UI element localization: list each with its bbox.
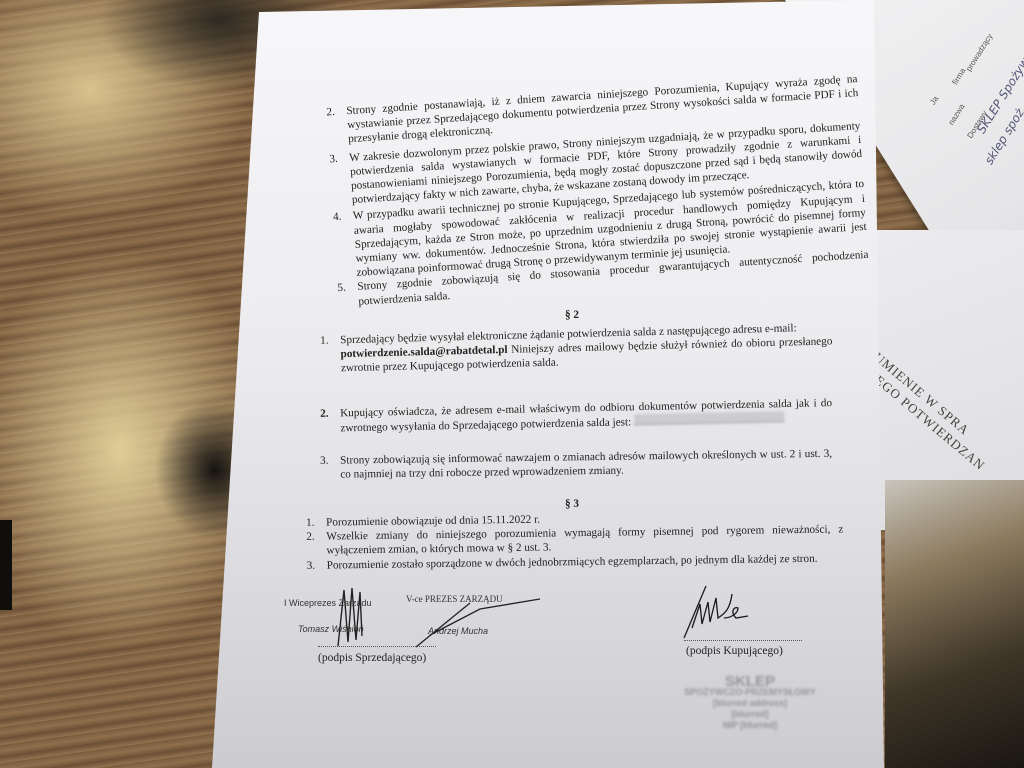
- item-number: 3.: [320, 454, 329, 468]
- item-number: 4.: [333, 210, 342, 225]
- stamp-line: SPOŻYWCZO-PRZEMYSŁOWY: [650, 687, 850, 698]
- item-number: 2.: [326, 105, 335, 120]
- seller-signature-1: [330, 582, 390, 652]
- item-number: 1.: [320, 334, 329, 348]
- item-text: Strony zobowiązują się informować nawzaj…: [340, 448, 832, 481]
- redacted-buyer-email: [634, 411, 784, 425]
- clause-2-3: 3. Strony zobowiązują się informować naw…: [312, 447, 832, 483]
- clause-2-1: 1. Sprzedający będzie wysyłał elektronic…: [312, 321, 833, 377]
- item-number: 3.: [307, 558, 316, 572]
- buyer-signature: [680, 584, 780, 644]
- item-number: 1.: [306, 516, 315, 530]
- document-body: 2. Strony zgodnie postanawiają, iż z dni…: [318, 72, 870, 310]
- item-number: 3.: [329, 151, 338, 166]
- stamp-line: SKLEP: [650, 676, 850, 687]
- section-heading: § 2: [312, 308, 832, 322]
- seller-signature-line: [318, 646, 436, 647]
- buyer-signature-caption: (podpis Kupującego): [686, 645, 783, 657]
- section-2: § 2 1. Sprzedający będzie wysyłał elektr…: [312, 298, 832, 523]
- table-edge: [0, 520, 12, 610]
- section-3: 1. Porozumienie obowiązuje od dnia 15.11…: [298, 508, 844, 572]
- buyer-company-stamp: SKLEP SPOŻYWCZO-PRZEMYSŁOWY [blurred add…: [650, 676, 850, 731]
- stamp-line: NIP [blurred]: [650, 720, 850, 731]
- item-number: 2.: [306, 530, 315, 544]
- clause-2-2: 2. Kupujący oświadcza, że adresem e-mail…: [312, 396, 833, 436]
- seller-signature-caption: (podpis Sprzedającego): [318, 652, 426, 664]
- item-number: 5.: [337, 281, 346, 296]
- stamp-line: [blurred address]: [650, 698, 850, 709]
- stamp-line: [blurred]: [650, 709, 850, 720]
- buyer-signature-line: [684, 640, 802, 641]
- item-number: 2.: [320, 406, 329, 420]
- plastic-bag: [885, 480, 1024, 768]
